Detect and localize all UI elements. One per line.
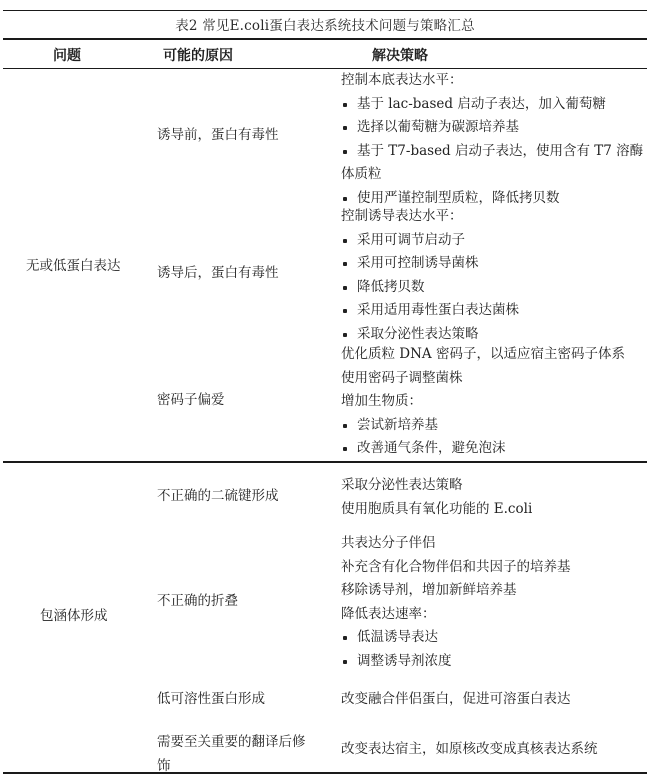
strategy-bullet: 基于 lac-based 启动子表达，加入葡萄糖 [341,93,643,117]
strategy-bullet: 采用可调节启动子 [341,229,519,253]
cause-line: 需要至关重要的翻译后修 [157,731,306,755]
strategy-cell: 改变融合伴侣蛋白，促进可溶蛋白表达 [341,688,571,712]
strategy-line: 优化质粒 DNA 密码子，以适应宿主密码子体系 [341,343,625,367]
table-bottom-rule [3,772,647,774]
header-problem: 问题 [53,45,81,65]
strategy-line: 控制本底表达水平： [341,69,643,93]
strategy-line: 采取分泌性表达策略 [341,474,532,498]
strategy-bullet: 尝试新培养基 [341,414,625,438]
strategy-cell: 优化质粒 DNA 密码子，以适应宿主密码子体系 使用密码子调整菌株 增加生物质：… [341,343,625,461]
strategy-cell: 共表达分子伴侣 补充含有化合物伴侣和共因子的培养基 移除诱导剂，增加新鲜培养基 … [341,532,571,673]
strategy-bullet: 低温诱导表达 [341,626,571,650]
table-top-rule [3,10,647,11]
strategy-line: 使用密码子调整菌株 [341,367,625,391]
strategy-line: 体质粒 [341,163,643,187]
strategy-line: 降低表达速率： [341,603,571,627]
cause-cell: 需要至关重要的翻译后修 饰 [157,731,306,777]
cause-line: 饰 [157,755,306,777]
strategy-line: 增加生物质： [341,390,625,414]
header-cause: 可能的原因 [163,45,233,65]
strategy-line: 补充含有化合物伴侣和共因子的培养基 [341,556,571,580]
strategy-line: 改变表达宿主，如原核改变成真核表达系统 [341,738,598,762]
cause-cell: 诱导前，蛋白有毒性 [157,124,279,148]
cause-cell: 不正确的二硫键形成 [157,485,279,509]
strategy-bullet: 调整诱导剂浓度 [341,650,571,674]
strategy-line: 共表达分子伴侣 [341,532,571,556]
strategy-bullet: 改善通气条件，避免泡沫 [341,437,625,461]
cause-cell: 不正确的折叠 [157,590,238,614]
header-strategy: 解决策略 [372,45,428,65]
cause-cell: 低可溶性蛋白形成 [157,688,265,712]
strategy-bullet: 基于 T7-based 启动子表达，使用含有 T7 溶酶 [341,140,643,164]
strategy-cell: 改变表达宿主，如原核改变成真核表达系统 [341,738,598,762]
strategy-line: 控制诱导表达水平： [341,205,519,229]
header-top-rule [3,38,647,40]
problem-cell: 无或低蛋白表达 [26,255,121,279]
problem-cell: 包涵体形成 [40,605,108,629]
strategy-cell: 控制本底表达水平： 基于 lac-based 启动子表达，加入葡萄糖 选择以葡萄… [341,69,643,210]
strategy-bullet: 采用适用毒性蛋白表达菌株 [341,299,519,323]
strategy-bullet: 选择以葡萄糖为碳源培养基 [341,116,643,140]
cause-cell: 诱导后，蛋白有毒性 [157,262,279,286]
cause-cell: 密码子偏爱 [157,389,225,413]
strategy-bullet: 采用可控制诱导菌株 [341,252,519,276]
strategy-line: 移除诱导剂，增加新鲜培养基 [341,579,571,603]
strategy-line: 使用胞质具有氧化功能的 E.coli [341,498,532,522]
table-caption: 表2 常见E.coli蛋白表达系统技术问题与策略汇总 [0,14,650,34]
section-divider-rule [3,461,647,463]
strategy-cell: 采取分泌性表达策略 使用胞质具有氧化功能的 E.coli [341,474,532,521]
strategy-line: 改变融合伴侣蛋白，促进可溶蛋白表达 [341,688,571,712]
strategy-cell: 控制诱导表达水平： 采用可调节启动子 采用可控制诱导菌株 降低拷贝数 采用适用毒… [341,205,519,346]
strategy-bullet: 降低拷贝数 [341,276,519,300]
